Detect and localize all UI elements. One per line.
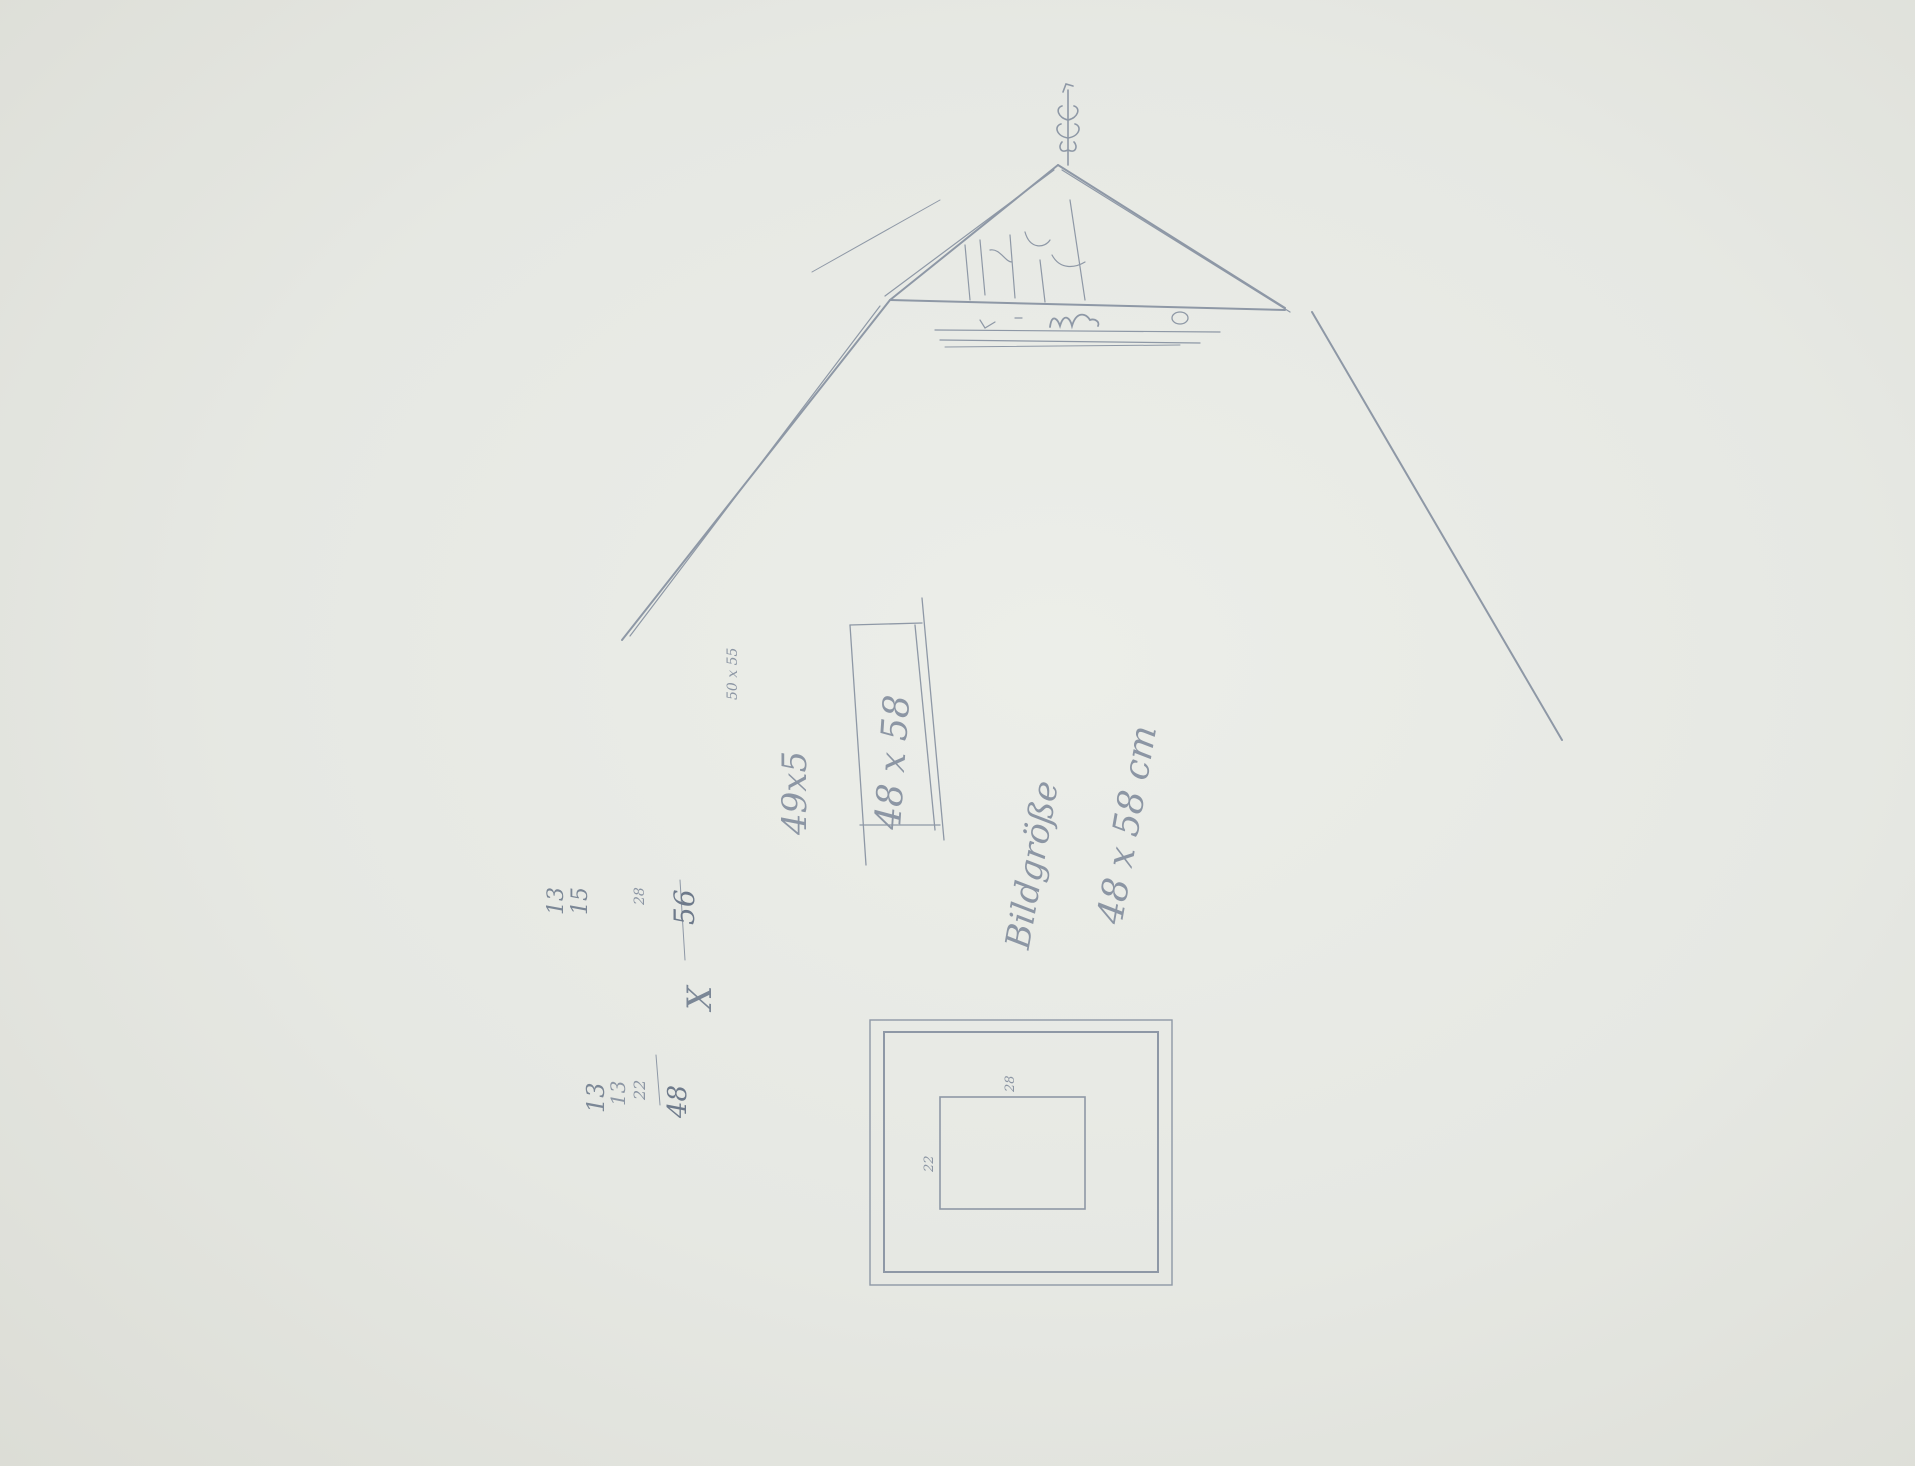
calc-right-1: 13 <box>544 887 569 915</box>
frame-inner-height: 22 <box>922 1155 937 1172</box>
fraction-bar-left <box>656 1055 660 1105</box>
note-small-dimension: 50 x 55 <box>725 648 741 700</box>
roof-drawing <box>622 84 1562 740</box>
calc-right-total: 56 <box>668 889 701 925</box>
pencil-sketch <box>0 0 1915 1466</box>
frame-drawing <box>870 1020 1172 1285</box>
calc-left-2: 13 <box>606 1081 630 1106</box>
calc-times: X <box>680 986 720 1010</box>
finial-ornament <box>1057 84 1079 165</box>
calc-left-total: 48 <box>663 1085 693 1118</box>
calc-left-3: 22 <box>630 1080 649 1100</box>
paper-sheet: 50 x 55 49x5 48 x 58 Bildgröße 48 x 58 c… <box>0 0 1915 1466</box>
calc-right-3: 28 <box>632 887 648 905</box>
frame-inner-width: 28 <box>1003 1075 1018 1092</box>
calc-right-2: 15 <box>568 887 593 915</box>
note-49x5: 49x5 <box>775 751 815 835</box>
